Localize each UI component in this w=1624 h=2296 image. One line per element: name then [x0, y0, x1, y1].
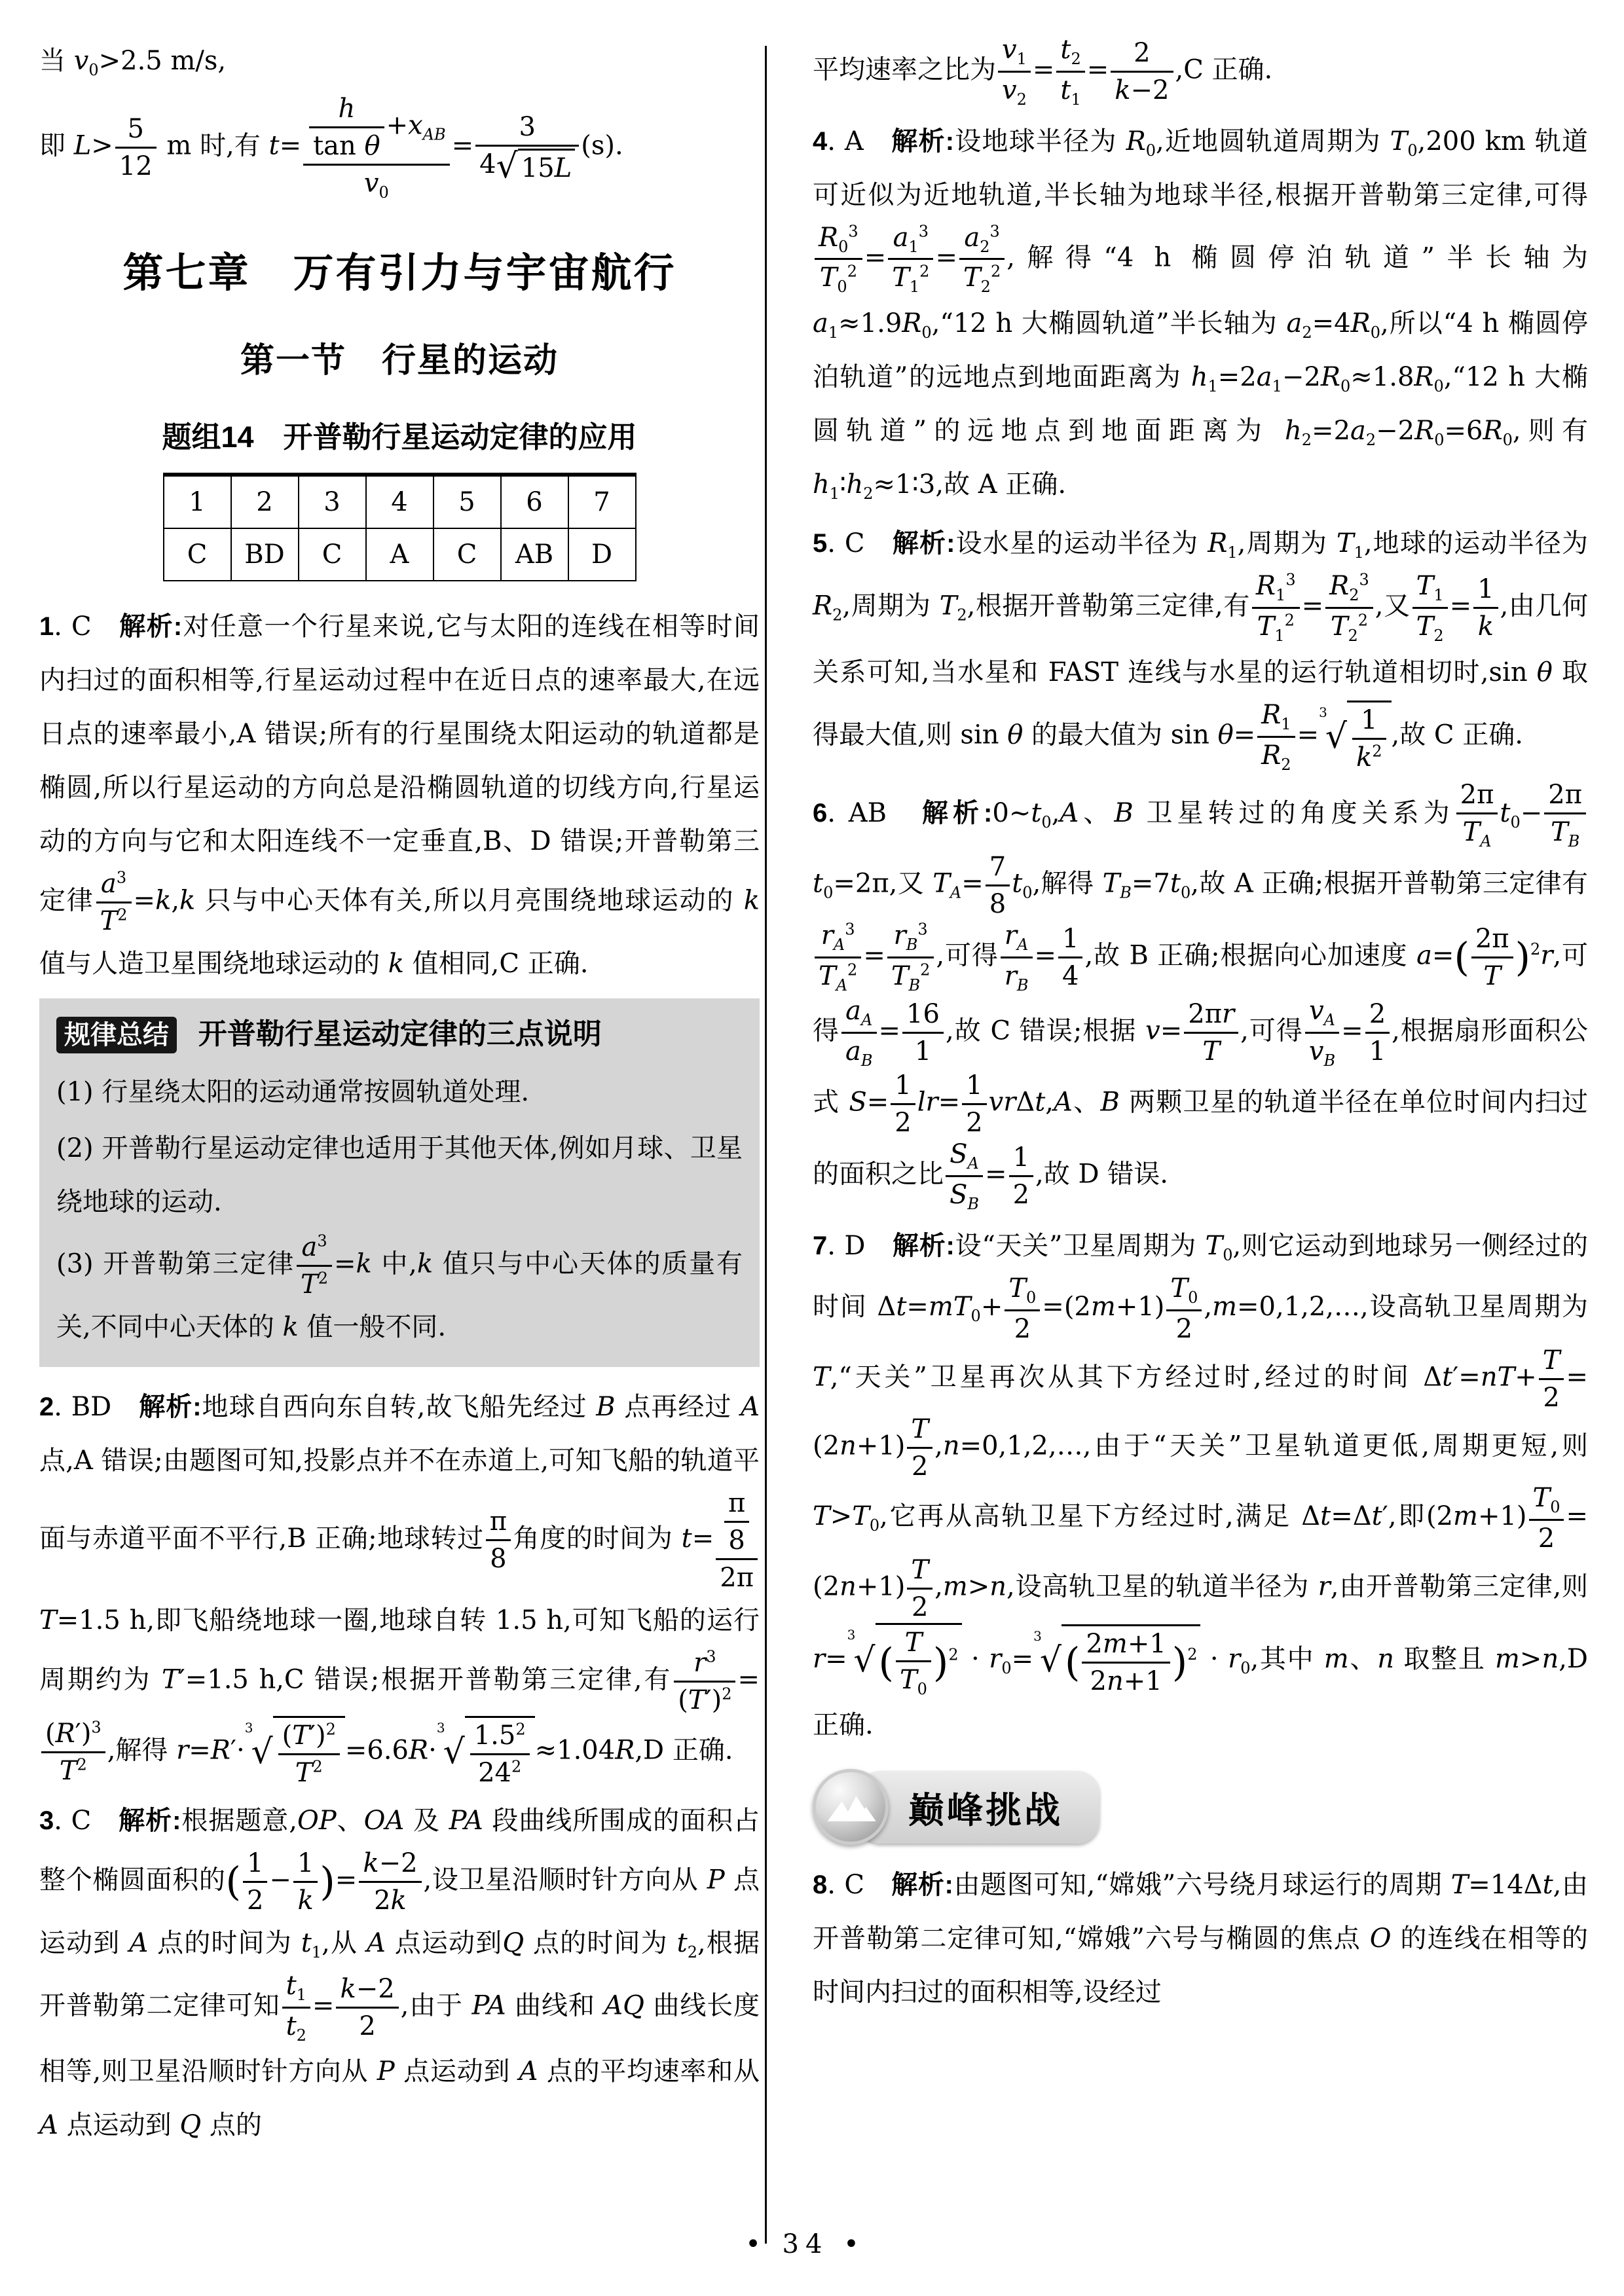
intro-formula: 即 L>512 m 时,有 t=htan θ+xABv0=34√15L(s).	[39, 93, 760, 202]
document-page: 当 v0>2.5 m/s, 即 L>512 m 时,有 t=htan θ+xAB…	[0, 0, 1624, 2296]
summary-title: 开普勒行星运动定律的三点说明	[198, 1018, 602, 1050]
summary-label: 规律总结	[56, 1017, 177, 1053]
answer-table-answer-row: C BD C A C AB D	[164, 528, 636, 581]
summary-item-2: (2) 开普勒行星运动定律也适用于其他天体,例如月球、卫星绕地球的运动.	[56, 1121, 743, 1229]
solution-8: 8. C 解析:由题图可知,“嫦娥”六号绕月球运行的周期 T=14Δt,由开普勒…	[813, 1858, 1588, 2019]
answer-cell: A	[366, 528, 434, 581]
answer-cell: AB	[501, 528, 568, 581]
answer-table: 1 2 3 4 5 6 7 C BD C A C AB D	[163, 473, 637, 581]
mountain-icon	[813, 1769, 889, 1845]
challenge-badge-label: 巅峰挑战	[858, 1771, 1099, 1844]
answer-header-cell: 5	[434, 475, 501, 528]
solution-4: 4. A 解析:设地球半径为 R0,近地圆轨道周期为 T0,200 km 轨道可…	[813, 115, 1588, 512]
solution-3-continued: 平均速率之比为v1v2=t2t1=2k−2,C 正确.	[813, 34, 1588, 109]
answer-header-cell: 3	[299, 475, 366, 528]
solution-1: 1. C 解析:对任意一个行星来说,它与太阳的连线在相等时间内扫过的面积相等,行…	[39, 600, 760, 991]
answer-header-cell: 6	[501, 475, 568, 528]
solution-3: 3. C 解析:根据题意,OP、OA 及 PA 段曲线所围成的面积占整个椭圆面积…	[39, 1794, 760, 2153]
answer-cell: C	[299, 528, 366, 581]
solution-7: 7. D 解析:设“天关”卫星周期为 T0,则它运动到地球另一侧经过的时间 Δt…	[813, 1219, 1588, 1752]
answer-cell: C	[164, 528, 231, 581]
challenge-badge: 巅峰挑战	[813, 1769, 1588, 1845]
summary-item-3: (3) 开普勒第三定律a3T2=k 中,k 值只与中心天体的质量有关,不同中心天…	[56, 1231, 743, 1354]
answer-header-cell: 2	[231, 475, 299, 528]
answer-header-cell: 1	[164, 475, 231, 528]
summary-box: 规律总结 开普勒行星运动定律的三点说明 (1) 行星绕太阳的运动通常按圆轨道处理…	[39, 998, 760, 1367]
problem-group-title: 题组14 开普勒行星运动定律的应用	[39, 413, 760, 456]
answer-cell: BD	[231, 528, 299, 581]
answer-header-cell: 7	[568, 475, 636, 528]
chapter-title: 第七章 万有引力与宇宙航行	[39, 240, 760, 299]
right-column: 平均速率之比为v1v2=t2t1=2k−2,C 正确. 4. A 解析:设地球半…	[767, 34, 1588, 2296]
answer-cell: D	[568, 528, 636, 581]
answer-cell: C	[434, 528, 501, 581]
page-number: • 34 •	[642, 2229, 969, 2259]
solution-6: 6. AB 解析:0~t0,A、B 卫星转过的角度关系为2πTAt0−2πTBt…	[813, 779, 1588, 1214]
answer-header-cell: 4	[366, 475, 434, 528]
solution-5: 5. C 解析:设水星的运动半径为 R1,周期为 T1,地球的运动半径为 R2,…	[813, 517, 1588, 774]
left-column: 当 v0>2.5 m/s, 即 L>512 m 时,有 t=htan θ+xAB…	[39, 34, 760, 2296]
summary-box-header: 规律总结 开普勒行星运动定律的三点说明	[56, 1013, 743, 1056]
summary-item-1: (1) 行星绕太阳的运动通常按圆轨道处理.	[56, 1065, 743, 1119]
intro-line: 当 v0>2.5 m/s,	[39, 34, 760, 88]
answer-table-header-row: 1 2 3 4 5 6 7	[164, 475, 636, 528]
solution-2: 2. BD 解析:地球自西向东自转,故飞船先经过 B 点再经过 A 点,A 错误…	[39, 1380, 760, 1789]
section-title: 第一节 行星的运动	[39, 333, 760, 382]
